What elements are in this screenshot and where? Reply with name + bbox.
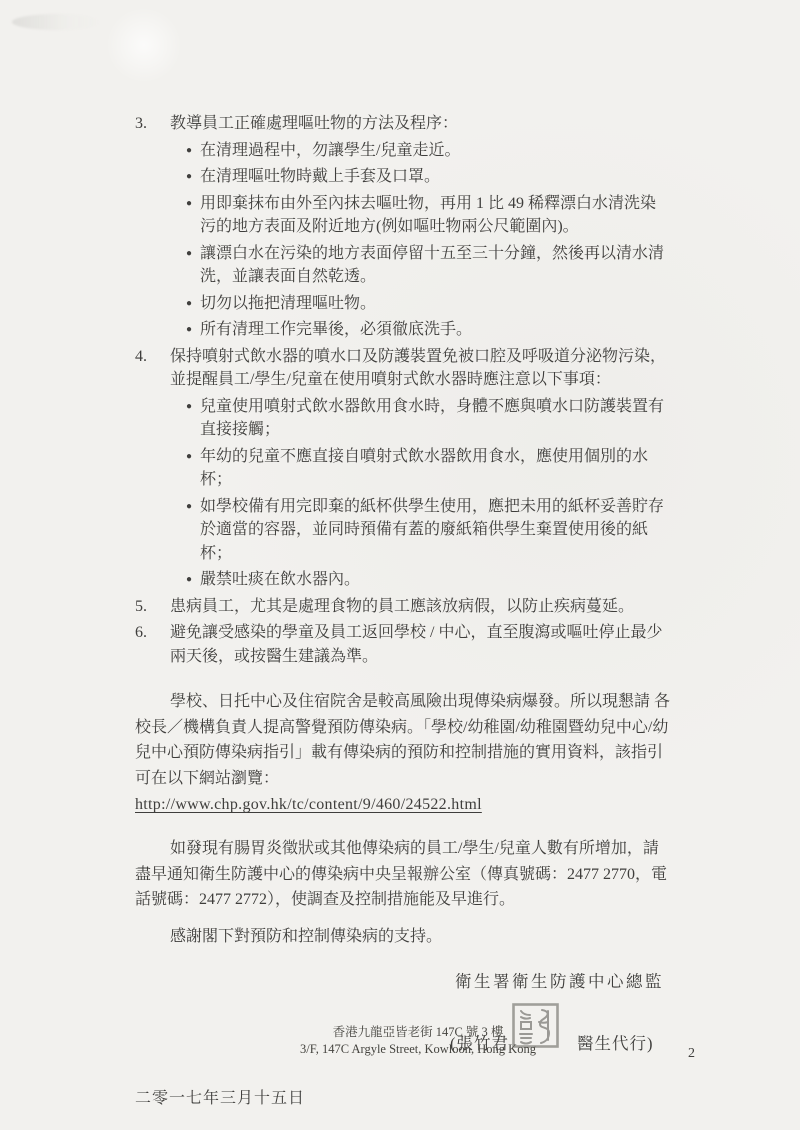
bullet-text: 用即棄抹布由外至內抹去嘔吐物，再用 1 比 49 稀釋漂白水清洗染污的地方表面及… — [200, 192, 670, 239]
bullet-icon: ● — [170, 292, 200, 316]
bullet-item: ● 年幼的兒童不應直接自噴射式飲水器飲用食水，應使用個別的水杯； — [170, 445, 670, 492]
list-item-number: 3. — [135, 112, 170, 342]
list-item-6: 6. 避免讓受感染的學童及員工返回學校 / 中心，直至腹瀉或嘔吐停止最少兩天後，… — [135, 621, 670, 668]
footer-address: 香港九龍亞皆老街 147C 號 3 樓 3/F, 147C Argyle Str… — [300, 1024, 536, 1058]
bullet-text: 讓漂白水在污染的地方表面停留十五至三十分鐘，然後再以清水清洗，並讓表面自然乾透。 — [200, 242, 670, 289]
bullet-item: ● 如學校備有用完即棄的紙杯供學生使用，應把未用的紙杯妥善貯存於適當的容器，並同… — [170, 495, 670, 566]
list-item-number: 5. — [135, 595, 170, 619]
list-item-number: 4. — [135, 345, 170, 592]
bullet-text: 嚴禁吐痰在飲水器內。 — [200, 568, 670, 592]
bullet-item: ● 兒童使用噴射式飲水器飲用食水時，身體不應與噴水口防護裝置有直接接觸； — [170, 395, 670, 442]
bullet-item: ● 在清理嘔吐物時戴上手套及口罩。 — [170, 165, 670, 189]
guideline-url: http://www.chp.gov.hk/tc/content/9/460/2… — [135, 791, 670, 819]
bullet-item: ● 用即棄抹布由外至內抹去嘔吐物，再用 1 比 49 稀釋漂白水清洗染污的地方表… — [170, 192, 670, 239]
bullet-icon: ● — [170, 192, 200, 239]
bullet-text: 切勿以拖把清理嘔吐物。 — [200, 292, 670, 316]
closing-sentence: 感謝閣下對預防和控制傳染病的支持。 — [135, 924, 670, 949]
list-item-text: 教導員工正確處理嘔吐物的方法及程序： — [170, 112, 670, 136]
bullet-item: ● 讓漂白水在污染的地方表面停留十五至三十分鐘，然後再以清水清洗，並讓表面自然乾… — [170, 242, 670, 289]
bullet-text: 年幼的兒童不應直接自噴射式飲水器飲用食水，應使用個別的水杯； — [200, 445, 670, 492]
address-chinese: 香港九龍亞皆老街 147C 號 3 樓 — [300, 1024, 536, 1041]
bullet-icon: ● — [170, 165, 200, 189]
scanned-letter-page: 3. 教導員工正確處理嘔吐物的方法及程序： ● 在清理過程中，勿讓學生/兒童走近… — [0, 0, 800, 1130]
bullet-icon: ● — [170, 568, 200, 592]
bullet-icon: ● — [170, 242, 200, 289]
bullet-text: 兒童使用噴射式飲水器飲用食水時，身體不應與噴水口防護裝置有直接接觸； — [200, 395, 670, 442]
bullet-text: 所有清理工作完畢後，必須徹底洗手。 — [200, 318, 670, 342]
scan-artifact — [12, 14, 102, 30]
list-item-body: 教導員工正確處理嘔吐物的方法及程序： ● 在清理過程中，勿讓學生/兒童走近。 ●… — [170, 112, 670, 342]
address-english: 3/F, 147C Argyle Street, Kowloon, Hong K… — [300, 1041, 536, 1058]
list-item-body: 保持噴射式飲水器的噴水口及防護裝置免被口腔及呼吸道分泌物污染，並提醒員工/學生/… — [170, 345, 670, 592]
bullet-text: 在清理過程中，勿讓學生/兒童走近。 — [200, 139, 670, 163]
page-number: 2 — [688, 1046, 695, 1062]
bullet-icon: ● — [170, 318, 200, 342]
list-item-text: 避免讓受感染的學童及員工返回學校 / 中心，直至腹瀉或嘔吐停止最少兩天後，或按醫… — [170, 621, 670, 668]
bullet-text: 如學校備有用完即棄的紙杯供學生使用，應把未用的紙杯妥善貯存於適當的容器，並同時預… — [200, 495, 670, 566]
paragraph-notification: 如發現有腸胃炎徵狀或其他傳染病的員工/學生/兒童人數有所增加，請盡早通知衛生防護… — [135, 836, 670, 913]
list-item-text: 患病員工，尤其是處理食物的員工應該放病假，以防止疾病蔓延。 — [170, 595, 670, 619]
list-item-4: 4. 保持噴射式飲水器的噴水口及防護裝置免被口腔及呼吸道分泌物污染，並提醒員工/… — [135, 345, 670, 592]
signer-acting-label: 醫生代行) — [577, 1032, 654, 1056]
bullet-item: ● 在清理過程中，勿讓學生/兒童走近。 — [170, 139, 670, 163]
list-item-3: 3. 教導員工正確處理嘔吐物的方法及程序： ● 在清理過程中，勿讓學生/兒童走近… — [135, 112, 670, 342]
bullet-icon: ● — [170, 395, 200, 442]
bullet-item: ● 切勿以拖把清理嘔吐物。 — [170, 292, 670, 316]
list-item-number: 6. — [135, 621, 170, 668]
list-item-5: 5. 患病員工，尤其是處理食物的員工應該放病假，以防止疾病蔓延。 — [135, 595, 670, 619]
letter-date: 二零一七年三月十五日 — [135, 1088, 670, 1110]
list-item-body: 避免讓受感染的學童及員工返回學校 / 中心，直至腹瀉或嘔吐停止最少兩天後，或按醫… — [170, 621, 670, 668]
list-item-body: 患病員工，尤其是處理食物的員工應該放病假，以防止疾病蔓延。 — [170, 595, 670, 619]
bullet-icon: ● — [170, 495, 200, 566]
signer-title: 衛生署衛生防護中心總監 — [450, 972, 695, 992]
bullet-item: ● 嚴禁吐痰在飲水器內。 — [170, 568, 670, 592]
bullet-item: ● 所有清理工作完畢後，必須徹底洗手。 — [170, 318, 670, 342]
bullet-text: 在清理嘔吐物時戴上手套及口罩。 — [200, 165, 670, 189]
bullet-icon: ● — [170, 445, 200, 492]
paragraph-guideline: 學校、日托中心及住宿院舍是較高風險出現傳染病爆發。所以現懇請 各校長／機構負責人… — [135, 689, 670, 791]
bullet-icon: ● — [170, 139, 200, 163]
list-item-text: 保持噴射式飲水器的噴水口及防護裝置免被口腔及呼吸道分泌物污染，並提醒員工/學生/… — [170, 345, 670, 392]
